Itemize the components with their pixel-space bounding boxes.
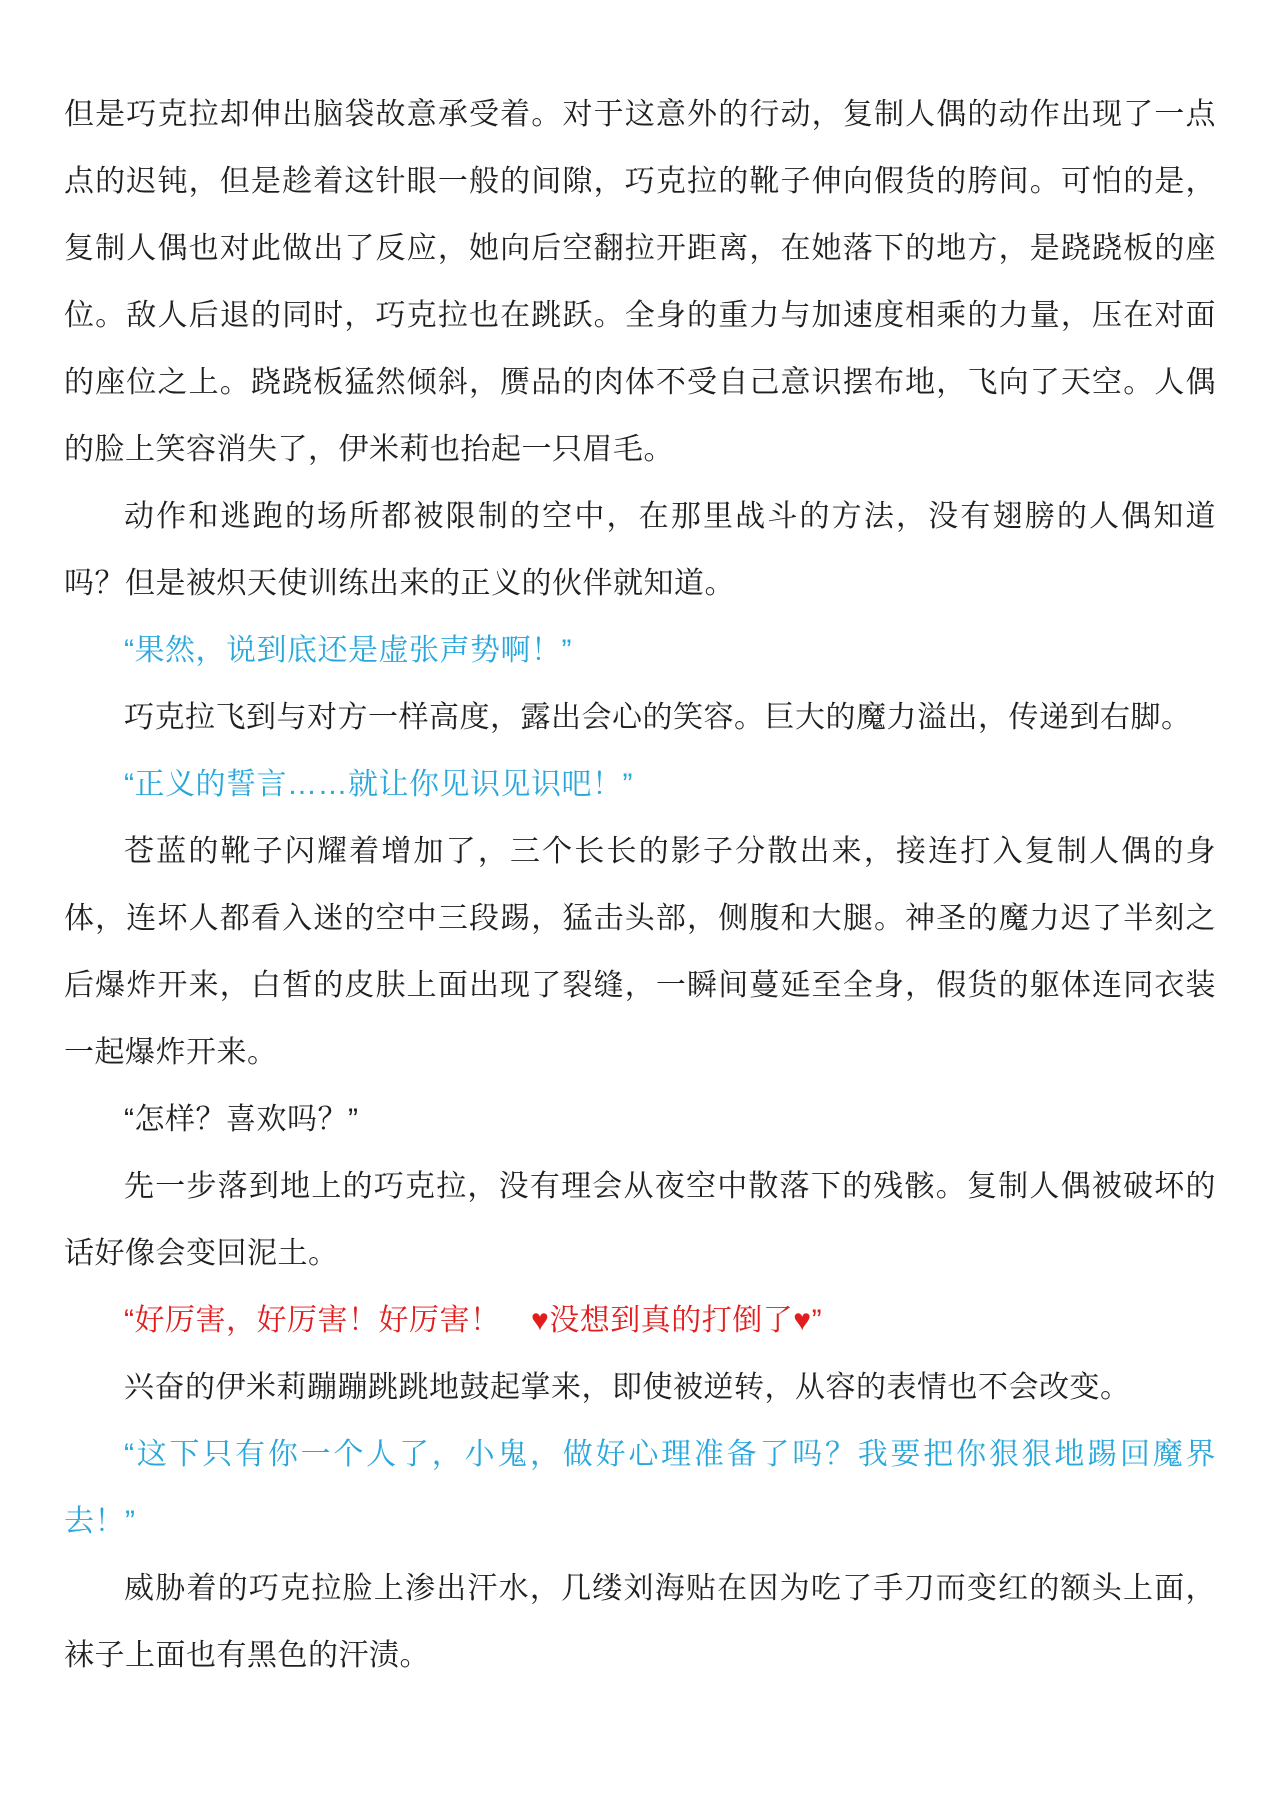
narration-line: 威胁着的巧克拉脸上渗出汗水，几缕刘海贴在因为吃了手刀而变红的额头上面， [64, 1555, 1216, 1622]
narration-line: 的脸上笑容消失了，伊米莉也抬起一只眉毛。 [64, 416, 1216, 483]
narration-line: 一起爆炸开来。 [64, 1019, 1216, 1086]
narration-line: 复制人偶也对此做出了反应，她向后空翻拉开距离，在她落下的地方，是跷跷板的座 [64, 215, 1216, 282]
narration-line: 体，连坏人都看入迷的空中三段踢，猛击头部，侧腹和大腿。神圣的魔力迟了半刻之 [64, 885, 1216, 952]
narration-line: 但是巧克拉却伸出脑袋故意承受着。对于这意外的行动，复制人偶的动作出现了一点 [64, 81, 1216, 148]
narration-line: 点的迟钝，但是趁着这针眼一般的间隙，巧克拉的靴子伸向假货的胯间。可怕的是， [64, 148, 1216, 215]
text-body: 但是巧克拉却伸出脑袋故意承受着。对于这意外的行动，复制人偶的动作出现了一点点的迟… [0, 0, 1280, 1689]
narration-line: 袜子上面也有黑色的汗渍。 [64, 1622, 1216, 1689]
narration-line: 兴奋的伊米莉蹦蹦跳跳地鼓起掌来，即使被逆转，从容的表情也不会改变。 [64, 1354, 1216, 1421]
narration-line: 动作和逃跑的场所都被限制的空中，在那里战斗的方法，没有翅膀的人偶知道 [64, 483, 1216, 550]
dialogue-line: “果然，说到底还是虚张声势啊！” [64, 617, 1216, 684]
dialogue-line: “正义的誓言……就让你见识见识吧！” [64, 751, 1216, 818]
dialogue-line: 去！” [64, 1488, 1216, 1555]
narration-line: 苍蓝的靴子闪耀着增加了，三个长长的影子分散出来，接连打入复制人偶的身 [64, 818, 1216, 885]
narration-line: 巧克拉飞到与对方一样高度，露出会心的笑容。巨大的魔力溢出，传递到右脚。 [64, 684, 1216, 751]
dialogue-line: “这下只有你一个人了，小鬼，做好心理准备了吗？我要把你狠狠地踢回魔界 [64, 1421, 1216, 1488]
narration-line: 先一步落到地上的巧克拉，没有理会从夜空中散落下的残骸。复制人偶被破坏的 [64, 1153, 1216, 1220]
narration-line: 后爆炸开来，白皙的皮肤上面出现了裂缝，一瞬间蔓延至全身，假货的躯体连同衣装 [64, 952, 1216, 1019]
narration-line: 吗？但是被炽天使训练出来的正义的伙伴就知道。 [64, 550, 1216, 617]
dialogue-line: “好厉害，好厉害！好厉害！ ♥没想到真的打倒了♥” [64, 1287, 1216, 1354]
novel-page: 但是巧克拉却伸出脑袋故意承受着。对于这意外的行动，复制人偶的动作出现了一点点的迟… [0, 0, 1280, 1810]
narration-line: 位。敌人后退的同时，巧克拉也在跳跃。全身的重力与加速度相乘的力量，压在对面 [64, 282, 1216, 349]
narration-line: 话好像会变回泥土。 [64, 1220, 1216, 1287]
narration-line: “怎样？喜欢吗？” [64, 1086, 1216, 1153]
narration-line: 的座位之上。跷跷板猛然倾斜，赝品的肉体不受自己意识摆布地，飞向了天空。人偶 [64, 349, 1216, 416]
